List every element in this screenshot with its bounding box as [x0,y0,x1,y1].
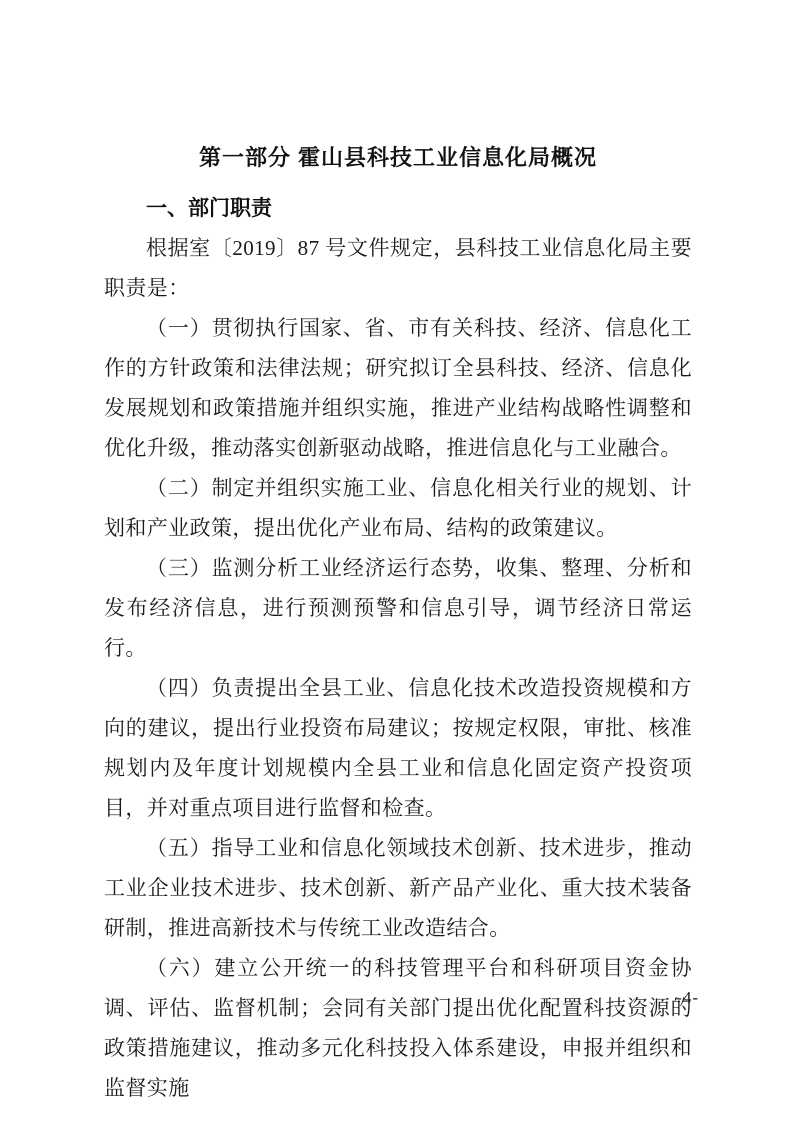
paragraph-intro: 根据室〔2019〕87 号文件规定，县科技工业信息化局主要职责是： [104,228,692,308]
paragraph-item-5: （五）指导工业和信息化领域技术创新、技术进步，推动工业企业技术进步、技术创新、新… [104,828,692,948]
page-number: -4- [676,988,699,1008]
paragraph-item-1: （一）贯彻执行国家、省、市有关科技、经济、信息化工作的方针政策和法律法规；研究拟… [104,308,692,468]
body-text: 根据室〔2019〕87 号文件规定，县科技工业信息化局主要职责是： （一）贯彻执… [104,228,692,1108]
page-title: 第一部分 霍山县科技工业信息化局概况 [104,144,692,172]
paragraph-item-6: （六）建立公开统一的科技管理平台和科研项目资金协调、评估、监督机制；会同有关部门… [104,948,692,1108]
document-content: 第一部分 霍山县科技工业信息化局概况 一、部门职责 根据室〔2019〕87 号文… [104,144,692,1108]
document-page: 第一部分 霍山县科技工业信息化局概况 一、部门职责 根据室〔2019〕87 号文… [0,0,793,1122]
paragraph-item-3: （三）监测分析工业经济运行态势，收集、整理、分析和发布经济信息，进行预测预警和信… [104,548,692,668]
section-heading: 一、部门职责 [146,196,692,222]
paragraph-item-4: （四）负责提出全县工业、信息化技术改造投资规模和方向的建议，提出行业投资布局建议… [104,668,692,828]
paragraph-item-2: （二）制定并组织实施工业、信息化相关行业的规划、计划和产业政策，提出优化产业布局… [104,468,692,548]
